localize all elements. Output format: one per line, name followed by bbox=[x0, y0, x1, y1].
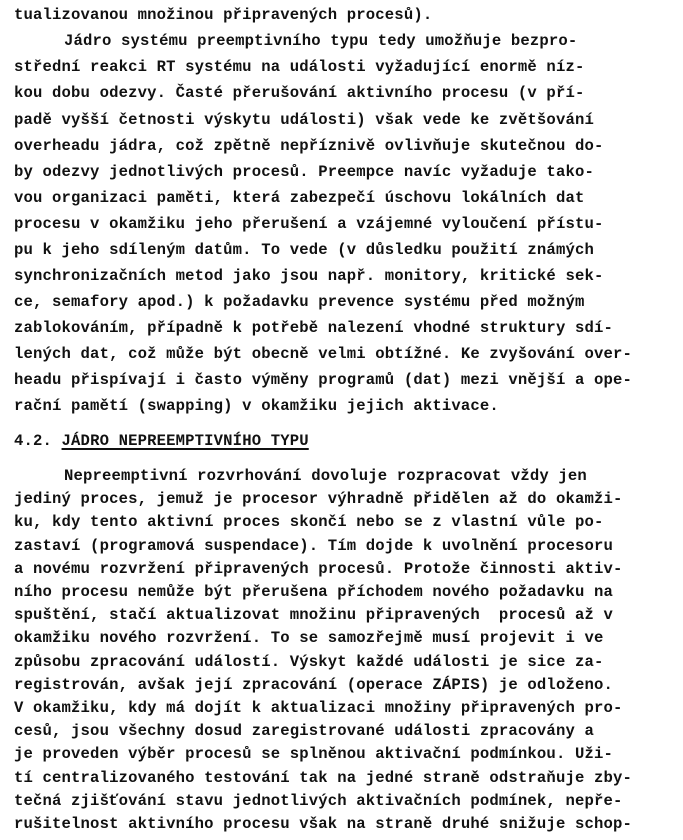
text-line: způsobu zpracování událostí. Výskyt každ… bbox=[14, 652, 603, 672]
text-line: ního procesu nemůže být přerušena přícho… bbox=[14, 582, 613, 602]
text-line: zastaví (programová suspendace). Tím doj… bbox=[14, 536, 613, 556]
text-line: kou dobu odezvy. Časté přerušování aktiv… bbox=[14, 83, 584, 103]
text-line: vou organizaci paměti, která zabezpečí ú… bbox=[14, 188, 584, 208]
text-line: synchronizačních metod jako jsou např. m… bbox=[14, 266, 603, 286]
text-line: zablokováním, případně k potřebě nalezen… bbox=[14, 318, 613, 338]
text-line: rušitelnost aktivního procesu však na st… bbox=[14, 814, 632, 834]
section-heading: 4.2. JÁDRO NEPREEMPTIVNÍHO TYPU bbox=[14, 431, 309, 451]
text-line: cesů, jsou všechny dosud zaregistrované … bbox=[14, 721, 594, 741]
text-line: headu přispívají i často výměny programů… bbox=[14, 370, 632, 390]
text-line: spuštění, stačí aktualizovat množinu při… bbox=[14, 605, 613, 625]
text-line: ce, semafory apod.) k požadavku prevence… bbox=[14, 292, 584, 312]
text-line: tečná zjišťování stavu jednotlivých akti… bbox=[14, 791, 623, 811]
text-line: V okamžiku, kdy má dojít k aktualizaci m… bbox=[14, 698, 623, 718]
text-line: jediný proces, jemuž je procesor výhradn… bbox=[14, 489, 623, 509]
text-line: overheadu jádra, což zpětně nepříznivě o… bbox=[14, 136, 603, 156]
section-title: JÁDRO NEPREEMPTIVNÍHO TYPU bbox=[62, 432, 309, 450]
text-line: je proveden výběr procesů se splněnou ak… bbox=[14, 744, 613, 764]
document-page: tualizovanou množinou připravených proce… bbox=[0, 0, 683, 840]
text-line: lených dat, což může být obecně velmi ob… bbox=[14, 344, 632, 364]
text-line: a novému rozvržení připravených procesů.… bbox=[14, 559, 623, 579]
text-line: pu k jeho sdíleným datům. To vede (v důs… bbox=[14, 240, 594, 260]
text-line: ku, kdy tento aktivní proces skončí nebo… bbox=[14, 512, 603, 532]
section-number: 4.2. bbox=[14, 432, 52, 450]
text-line: registrován, avšak její zpracování (oper… bbox=[14, 675, 613, 695]
text-line: padě vyšší četnosti výskytu události) vš… bbox=[14, 110, 594, 130]
paragraph-first-line: Nepreemptivní rozvrhování dovoluje rozpr… bbox=[64, 466, 587, 486]
text-line: střední reakci RT systému na události vy… bbox=[14, 57, 584, 77]
text-line: okamžiku nového rozvržení. To se samozře… bbox=[14, 628, 603, 648]
text-line: by odezvy jednotlivých procesů. Preempce… bbox=[14, 162, 594, 182]
text-line: tualizovanou množinou připravených proce… bbox=[14, 5, 432, 25]
text-line: tí centralizovaného testování tak na jed… bbox=[14, 768, 632, 788]
text-line: rační pamětí (swapping) v okamžiku jejic… bbox=[14, 396, 499, 416]
paragraph-first-line: Jádro systému preemptivního typu tedy um… bbox=[64, 31, 577, 51]
text-line: procesu v okamžiku jeho přerušení a vzáj… bbox=[14, 214, 603, 234]
